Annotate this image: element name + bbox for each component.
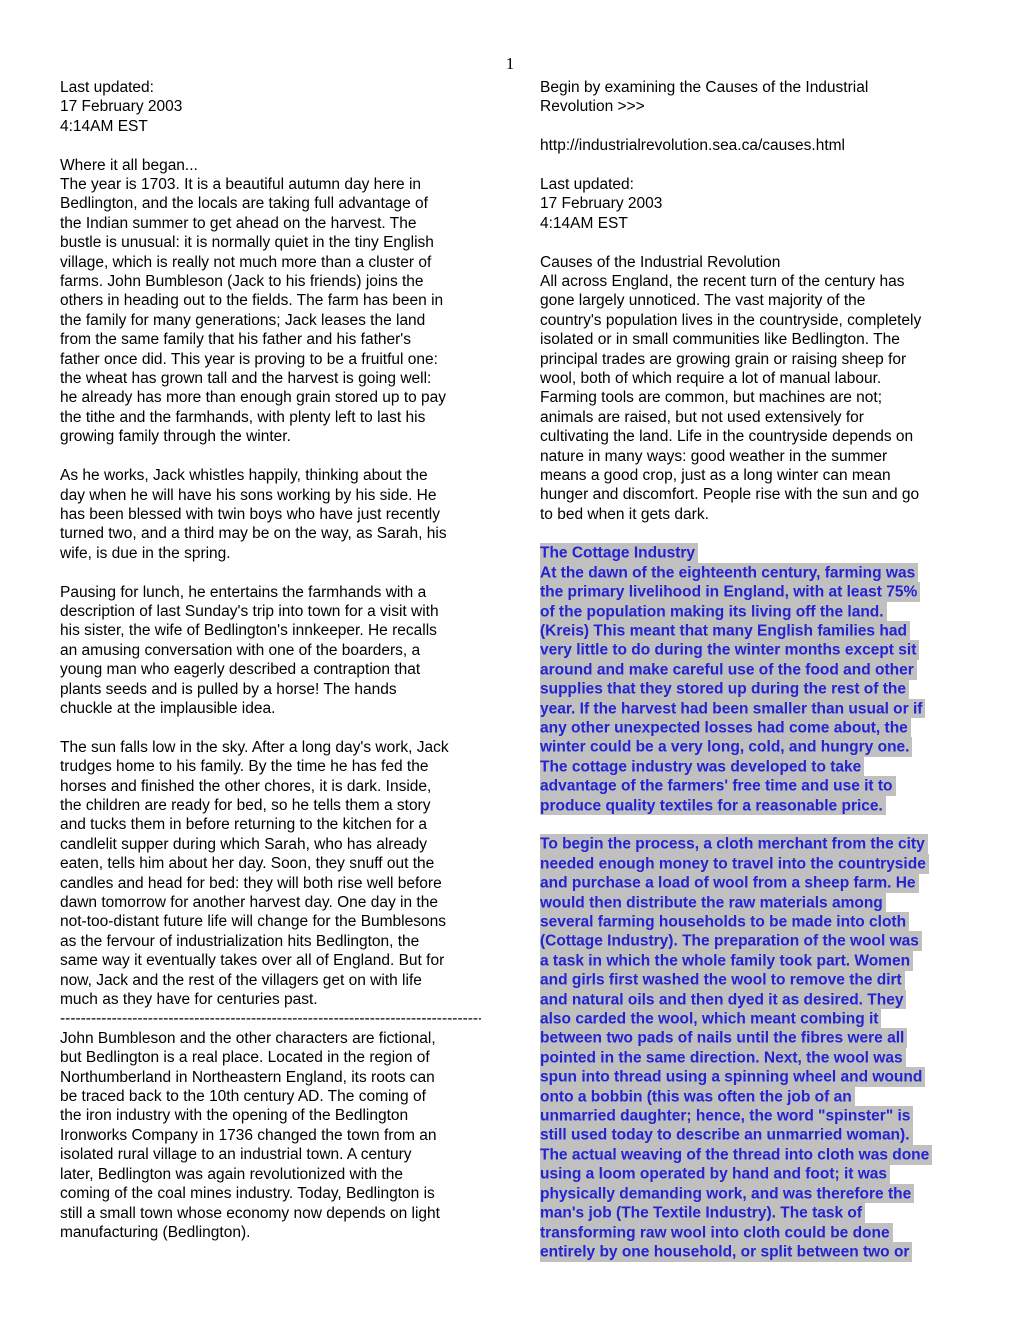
text-line: farms. John Bumbleson (Jack to his frien… [60, 272, 500, 291]
text: young man who eagerly described a contra… [60, 661, 420, 678]
text-line: has been blessed with twin boys who have… [60, 505, 500, 524]
text: description of last Sunday's trip into t… [60, 603, 439, 620]
highlighted-text: pointed in the same direction. Next, the… [540, 1048, 906, 1068]
text-line: needed enough money to travel into the c… [540, 854, 980, 873]
text: the family for many generations; Jack le… [60, 312, 425, 329]
text-line: same way it eventually takes over all of… [60, 951, 500, 970]
page-number: 1 [0, 54, 1020, 74]
story-footnote-paragraph: John Bumbleson and the other characters … [60, 1029, 500, 1242]
highlighted-text: winter could be a very long, cold, and h… [540, 737, 912, 757]
text-line: 17 February 2003 [60, 97, 500, 116]
text-line: unmarried daughter; hence, the word "spi… [540, 1106, 980, 1125]
text: from the same family that his father and… [60, 331, 411, 348]
text: the wheat has grown tall and the harvest… [60, 370, 431, 387]
text-line: ----------------------------------------… [60, 1009, 481, 1028]
text-line: around and make careful use of the food … [540, 660, 980, 679]
text: the iron industry with the opening of th… [60, 1107, 408, 1124]
highlighted-text: transforming raw wool into cloth could b… [540, 1223, 893, 1243]
text: John Bumbleson and the other characters … [60, 1030, 436, 1047]
highlighted-text: of the population making its living off … [540, 602, 887, 622]
text-line: a task in which the whole family took pa… [540, 951, 980, 970]
text-line: Last updated: [60, 78, 500, 97]
text-line: John Bumbleson and the other characters … [60, 1029, 500, 1048]
text-line: be traced back to the 10th century AD. T… [60, 1087, 500, 1106]
text: Ironworks Company in 1736 changed the to… [60, 1127, 437, 1144]
causes-paragraph: Causes of the Industrial RevolutionAll a… [540, 253, 980, 525]
text-line: an amusing conversation with one of the … [60, 641, 500, 660]
text: trudges home to his family. By the time … [60, 758, 428, 775]
highlighted-text: The actual weaving of the thread into cl… [540, 1145, 932, 1165]
text: chuckle at the implausible idea. [60, 700, 275, 717]
highlighted-text: several farming households to be made in… [540, 912, 909, 932]
highlighted-text: supplies that they stored up during the … [540, 679, 909, 699]
text-line: The cottage industry was developed to ta… [540, 757, 980, 776]
text: candles and head for bed: they will both… [60, 875, 442, 892]
text: village, which is really not much more t… [60, 254, 431, 271]
text-line: As he works, Jack whistles happily, thin… [60, 466, 500, 485]
text: wool, both of which require a lot of man… [540, 370, 881, 387]
text-line: trudges home to his family. By the time … [60, 757, 500, 776]
highlighted-text: (Cottage Industry). The preparation of t… [540, 931, 922, 951]
text: Last updated: [540, 176, 634, 193]
text-line: of the population making its living off … [540, 602, 980, 621]
text-line: At the dawn of the eighteenth century, f… [540, 563, 980, 582]
text: and tucks them in before returning to th… [60, 816, 427, 833]
text-line: http://industrialrevolution.sea.ca/cause… [540, 136, 980, 155]
right-last-updated: Last updated:17 February 20034:14AM EST [540, 175, 980, 233]
text: an amusing conversation with one of the … [60, 642, 420, 659]
text-line: Pausing for lunch, he entertains the far… [60, 583, 500, 602]
story-intro-paragraph: Where it all began...The year is 1703. I… [60, 156, 500, 447]
highlighted-text: At the dawn of the eighteenth century, f… [540, 563, 918, 583]
highlighted-text: The Cottage Industry [540, 543, 698, 563]
text-line: entirely by one household, or split betw… [540, 1242, 980, 1261]
text: means a good crop, just as a long winter… [540, 467, 891, 484]
highlighted-text: entirely by one household, or split betw… [540, 1242, 912, 1262]
text-line: manufacturing (Bedlington). [60, 1223, 500, 1242]
highlighted-text: still used today to describe an unmarrie… [540, 1125, 913, 1145]
text-line: from the same family that his father and… [60, 330, 500, 349]
text: principal trades are growing grain or ra… [540, 351, 906, 368]
text-line: wool, both of which require a lot of man… [540, 369, 980, 388]
highlighted-text: and natural oils and then dyed it as des… [540, 990, 906, 1010]
highlighted-text: year. If the harvest had been smaller th… [540, 699, 925, 719]
text-line: isolated rural village to an industrial … [60, 1145, 500, 1164]
text: others in heading out to the fields. The… [60, 292, 443, 309]
highlighted-text: also carded the wool, which meant combin… [540, 1009, 881, 1029]
highlighted-text: (Kreis) This meant that many English fam… [540, 621, 910, 641]
text-line: horses and finished the other chores, it… [60, 777, 500, 796]
text: 4:14AM EST [540, 215, 628, 232]
text-line: any other unexpected losses had come abo… [540, 718, 980, 737]
text-line: supplies that they stored up during the … [540, 680, 980, 699]
text: plants seeds and is pulled by a horse! T… [60, 681, 397, 698]
text-line: Northumberland in Northeastern England, … [60, 1068, 500, 1087]
text-line: To begin the process, a cloth merchant f… [540, 835, 980, 854]
text-line: Causes of the Industrial Revolution [540, 253, 980, 272]
text: 17 February 2003 [60, 98, 182, 115]
text-line: chuckle at the implausible idea. [60, 699, 500, 718]
text: now, Jack and the rest of the villagers … [60, 972, 422, 989]
text-line: dawn tomorrow for another harvest day. O… [60, 893, 500, 912]
text: father once did. This year is proving to… [60, 351, 438, 368]
text: 17 February 2003 [540, 195, 662, 212]
text-line: turned two, and a third may be on the wa… [60, 524, 500, 543]
text-line: others in heading out to the fields. The… [60, 291, 500, 310]
text: but Bedlington is a real place. Located … [60, 1049, 430, 1066]
text-line: eaten, tells him about her day. Soon, th… [60, 854, 500, 873]
text-line: his sister, the wife of Bedlington's inn… [60, 621, 500, 640]
highlighted-text: The cottage industry was developed to ta… [540, 757, 864, 777]
text-line: country's population lives in the countr… [540, 311, 980, 330]
highlighted-text: produce quality textiles for a reasonabl… [540, 796, 886, 816]
source-url: http://industrialrevolution.sea.ca/cause… [540, 136, 980, 155]
text: as the fervour of industrialization hits… [60, 933, 419, 950]
text-line: Farming tools are common, but machines a… [540, 388, 980, 407]
begin-examining-note: Begin by examining the Causes of the Ind… [540, 78, 980, 117]
text: Where it all began... [60, 157, 198, 174]
text: not-too-distant future life will change … [60, 913, 446, 930]
text: the children are ready for bed, so he te… [60, 797, 430, 814]
text: he already has more than enough grain st… [60, 389, 446, 406]
text-line: and purchase a load of wool from a sheep… [540, 874, 980, 893]
text-line: later, Bedlington was again revolutioniz… [60, 1165, 500, 1184]
text-line: and natural oils and then dyed it as des… [540, 990, 980, 1009]
text: gone largely unnoticed. The vast majorit… [540, 292, 865, 309]
text-line: still used today to describe an unmarrie… [540, 1126, 980, 1145]
text: be traced back to the 10th century AD. T… [60, 1088, 426, 1105]
text-line: 4:14AM EST [60, 117, 500, 136]
highlighted-text: a task in which the whole family took pa… [540, 951, 913, 971]
text-line: and tucks them in before returning to th… [60, 815, 500, 834]
text: All across England, the recent turn of t… [540, 273, 904, 290]
text: candlelit supper during which Sarah, who… [60, 836, 427, 853]
text-line: Ironworks Company in 1736 changed the to… [60, 1126, 500, 1145]
text-line: principal trades are growing grain or ra… [540, 350, 980, 369]
text-line: (Kreis) This meant that many English fam… [540, 621, 980, 640]
text-line: Revolution >>> [540, 97, 980, 116]
text-line: Last updated: [540, 175, 980, 194]
text-line: All across England, the recent turn of t… [540, 272, 980, 291]
text: The sun falls low in the sky. After a lo… [60, 739, 449, 756]
text-line: description of last Sunday's trip into t… [60, 602, 500, 621]
text: As he works, Jack whistles happily, thin… [60, 467, 428, 484]
text-line: day when he will have his sons working b… [60, 486, 500, 505]
text-line: physically demanding work, and was there… [540, 1184, 980, 1203]
text: wife, is due in the spring. [60, 545, 231, 562]
text-line: nature in many ways: good weather in the… [540, 447, 980, 466]
divider-line: ----------------------------------------… [60, 1009, 500, 1028]
text-line: isolated or in small communities like Be… [540, 330, 980, 349]
text-line: not-too-distant future life will change … [60, 912, 500, 931]
text-line: Where it all began... [60, 156, 500, 175]
text: Begin by examining the Causes of the Ind… [540, 79, 868, 96]
text-line: 17 February 2003 [540, 194, 980, 213]
text-line: the children are ready for bed, so he te… [60, 796, 500, 815]
text-line: the family for many generations; Jack le… [60, 311, 500, 330]
text-line: The Cottage Industry [540, 544, 980, 563]
text-line: father once did. This year is proving to… [60, 350, 500, 369]
text: Farming tools are common, but machines a… [540, 389, 882, 406]
text: horses and finished the other chores, it… [60, 778, 431, 795]
text: farms. John Bumbleson (Jack to his frien… [60, 273, 424, 290]
text-line: growing family through the winter. [60, 427, 500, 446]
text-line: and girls first washed the wool to remov… [540, 971, 980, 990]
text-line: the tithe and the farmhands, with plenty… [60, 408, 500, 427]
highlighted-text: unmarried daughter; hence, the word "spi… [540, 1106, 913, 1126]
text: Pausing for lunch, he entertains the far… [60, 584, 426, 601]
text-line: winter could be a very long, cold, and h… [540, 738, 980, 757]
text-line: the primary livelihood in England, with … [540, 583, 980, 602]
highlighted-text: around and make careful use of the food … [540, 660, 917, 680]
text: Revolution >>> [540, 98, 645, 115]
text-line: but Bedlington is a real place. Located … [60, 1048, 500, 1067]
text-line: several farming households to be made in… [540, 912, 980, 931]
highlighted-text: using a loom operated by hand and foot; … [540, 1164, 890, 1184]
highlighted-text: advantage of the farmers' free time and … [540, 776, 896, 796]
text-line: now, Jack and the rest of the villagers … [60, 971, 500, 990]
text: cultivating the land. Life in the countr… [540, 428, 913, 445]
text-line: he already has more than enough grain st… [60, 388, 500, 407]
highlighted-text: and girls first washed the wool to remov… [540, 970, 905, 990]
text-line: The actual weaving of the thread into cl… [540, 1145, 980, 1164]
text: 4:14AM EST [60, 118, 148, 135]
story-paragraph-2: As he works, Jack whistles happily, thin… [60, 466, 500, 563]
text-line: still a small town whose economy now dep… [60, 1204, 500, 1223]
wool-process-highlighted-paragraph: To begin the process, a cloth merchant f… [540, 835, 980, 1262]
text-line: gone largely unnoticed. The vast majorit… [540, 291, 980, 310]
text: ----------------------------------------… [60, 1010, 481, 1027]
highlighted-text: would then distribute the raw materials … [540, 893, 886, 913]
text-line: (Cottage Industry). The preparation of t… [540, 932, 980, 951]
text-line: animals are raised, but not used extensi… [540, 408, 980, 427]
text: turned two, and a third may be on the wa… [60, 525, 447, 542]
left-last-updated: Last updated:17 February 20034:14AM EST [60, 78, 500, 136]
text-line: spun into thread using a spinning wheel … [540, 1068, 980, 1087]
text-line: the wheat has grown tall and the harvest… [60, 369, 500, 388]
text-line: advantage of the farmers' free time and … [540, 777, 980, 796]
highlighted-text: needed enough money to travel into the c… [540, 854, 929, 874]
text: eaten, tells him about her day. Soon, th… [60, 855, 434, 872]
text-line: transforming raw wool into cloth could b… [540, 1223, 980, 1242]
text-line: to bed when it gets dark. [540, 505, 980, 524]
text-line: the iron industry with the opening of th… [60, 1106, 500, 1125]
text-line: candles and head for bed: they will both… [60, 874, 500, 893]
text-line: wife, is due in the spring. [60, 544, 500, 563]
text-line: year. If the harvest had been smaller th… [540, 699, 980, 718]
text-line: Bedlington, and the locals are taking fu… [60, 194, 500, 213]
text: manufacturing (Bedlington). [60, 1224, 250, 1241]
text-line: also carded the wool, which meant combin… [540, 1009, 980, 1028]
cottage-industry-highlighted-paragraph: The Cottage IndustryAt the dawn of the e… [540, 544, 980, 816]
text: dawn tomorrow for another harvest day. O… [60, 894, 438, 911]
text: isolated rural village to an industrial … [60, 1146, 412, 1163]
text-line: would then distribute the raw materials … [540, 893, 980, 912]
highlighted-text: man's job (The Textile Industry). The ta… [540, 1203, 865, 1223]
text: Last updated: [60, 79, 154, 96]
two-column-layout: Last updated:17 February 20034:14AM ESTW… [0, 0, 1020, 1262]
text: the Indian summer to get ahead on the ha… [60, 215, 416, 232]
highlighted-text: physically demanding work, and was there… [540, 1184, 914, 1204]
highlighted-text: very little to do during the winter mont… [540, 640, 919, 660]
left-column: Last updated:17 February 20034:14AM ESTW… [60, 78, 500, 1242]
text-line: between two pads of nails until the fibr… [540, 1029, 980, 1048]
text-line: using a loom operated by hand and foot; … [540, 1165, 980, 1184]
text-line: means a good crop, just as a long winter… [540, 466, 980, 485]
text-line: the Indian summer to get ahead on the ha… [60, 214, 500, 233]
text: the tithe and the farmhands, with plenty… [60, 409, 425, 426]
text-line: bustle is unusual: it is normally quiet … [60, 233, 500, 252]
text: hunger and discomfort. People rise with … [540, 486, 919, 503]
story-paragraph-4: The sun falls low in the sky. After a lo… [60, 738, 500, 1010]
text-line: plants seeds and is pulled by a horse! T… [60, 680, 500, 699]
text-line: hunger and discomfort. People rise with … [540, 485, 980, 504]
text-line: village, which is really not much more t… [60, 253, 500, 272]
text-line: The sun falls low in the sky. After a lo… [60, 738, 500, 757]
text-line: much as they have for centuries past. [60, 990, 500, 1009]
text-line: cultivating the land. Life in the countr… [540, 427, 980, 446]
text: isolated or in small communities like Be… [540, 331, 900, 348]
text: same way it eventually takes over all of… [60, 952, 444, 969]
text: still a small town whose economy now dep… [60, 1205, 440, 1222]
text-line: produce quality textiles for a reasonabl… [540, 796, 980, 815]
text-line: The year is 1703. It is a beautiful autu… [60, 175, 500, 194]
text: bustle is unusual: it is normally quiet … [60, 234, 434, 251]
text: has been blessed with twin boys who have… [60, 506, 440, 523]
text: growing family through the winter. [60, 428, 291, 445]
text-line: young man who eagerly described a contra… [60, 660, 500, 679]
text-line: Begin by examining the Causes of the Ind… [540, 78, 980, 97]
text: animals are raised, but not used extensi… [540, 409, 864, 426]
text: later, Bedlington was again revolutioniz… [60, 1166, 403, 1183]
text-line: man's job (The Textile Industry). The ta… [540, 1203, 980, 1222]
highlighted-text: To begin the process, a cloth merchant f… [540, 834, 928, 854]
text-line: onto a bobbin (this was often the job of… [540, 1087, 980, 1106]
text: day when he will have his sons working b… [60, 487, 437, 504]
text: his sister, the wife of Bedlington's inn… [60, 622, 437, 639]
text-line: as the fervour of industrialization hits… [60, 932, 500, 951]
text: http://industrialrevolution.sea.ca/cause… [540, 137, 845, 154]
highlighted-text: between two pads of nails until the fibr… [540, 1028, 907, 1048]
text: coming of the coal mines industry. Today… [60, 1185, 435, 1202]
text: Bedlington, and the locals are taking fu… [60, 195, 428, 212]
highlighted-text: spun into thread using a spinning wheel … [540, 1067, 925, 1087]
text-line: coming of the coal mines industry. Today… [60, 1184, 500, 1203]
highlighted-text: and purchase a load of wool from a sheep… [540, 873, 919, 893]
text: much as they have for centuries past. [60, 991, 318, 1008]
text: country's population lives in the countr… [540, 312, 921, 329]
text: The year is 1703. It is a beautiful autu… [60, 176, 421, 193]
text: Northumberland in Northeastern England, … [60, 1069, 435, 1086]
text: nature in many ways: good weather in the… [540, 448, 887, 465]
right-column: Begin by examining the Causes of the Ind… [540, 78, 980, 1262]
text: Causes of the Industrial Revolution [540, 254, 780, 271]
text-line: pointed in the same direction. Next, the… [540, 1048, 980, 1067]
highlighted-text: onto a bobbin (this was often the job of… [540, 1087, 855, 1107]
highlighted-text: the primary livelihood in England, with … [540, 582, 920, 602]
text-line: 4:14AM EST [540, 214, 980, 233]
highlighted-text: any other unexpected losses had come abo… [540, 718, 911, 738]
story-paragraph-3: Pausing for lunch, he entertains the far… [60, 583, 500, 719]
text-line: very little to do during the winter mont… [540, 641, 980, 660]
text: to bed when it gets dark. [540, 506, 709, 523]
text-line: candlelit supper during which Sarah, who… [60, 835, 500, 854]
